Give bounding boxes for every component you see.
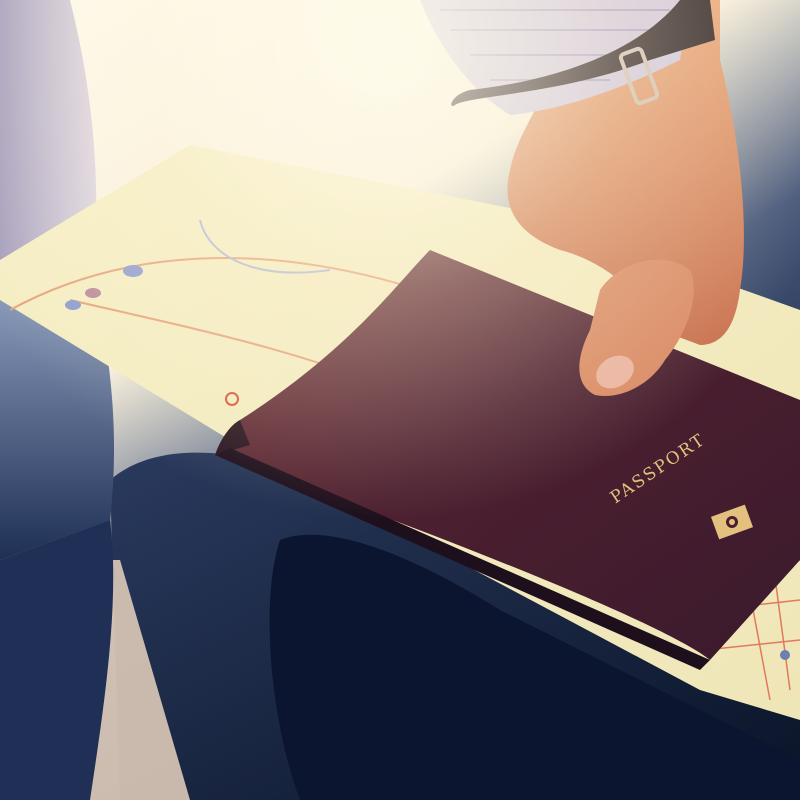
photo-scene: PASSPORT: [0, 0, 800, 800]
photo-illustration: [0, 0, 800, 800]
